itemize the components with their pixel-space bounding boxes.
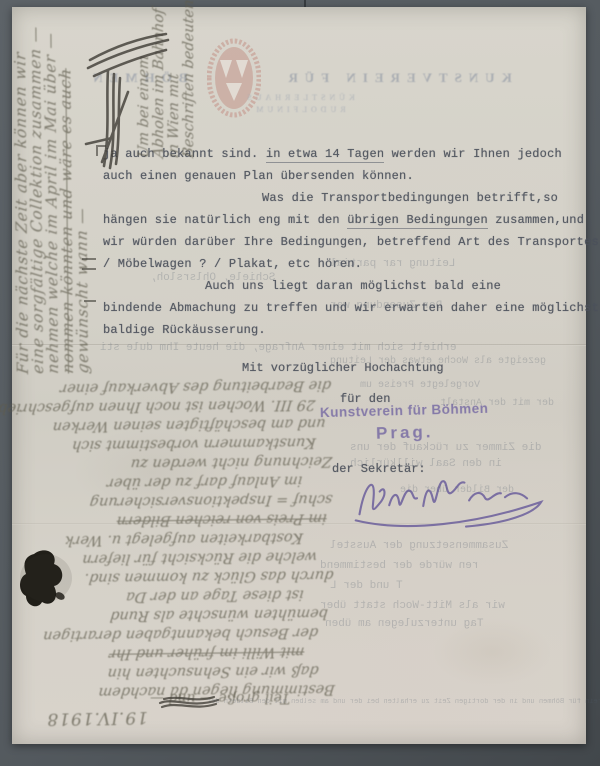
handwriting-line: im Preis von reichen Bildern xyxy=(27,508,328,531)
handwriting-line: mit Willi im früher und Ihr xyxy=(28,641,305,663)
ink-blot xyxy=(18,548,76,614)
pencil-scribble-icon xyxy=(78,26,173,176)
bleedthrough-line: Zusammensetzung der Ausstel xyxy=(330,540,508,552)
bleedthrough-line: ren würde der bestimmend xyxy=(320,560,478,572)
bleedthrough-line: Leitung rar partial xyxy=(330,258,455,270)
typed-body: ja auch bekannt sind. in etwa 14 Tagen w… xyxy=(103,147,573,345)
bleedthrough-line: erhielt sich mit einer Anfrage, die heut… xyxy=(100,342,456,354)
secretary-signature xyxy=(344,461,561,534)
handwriting-line: 29 III. Wochen ist noch Ihnen aufgeschri… xyxy=(25,394,316,417)
margin-mark xyxy=(82,268,96,270)
bleedthrough-line: Der Zusendung war xyxy=(330,300,442,312)
letter-paper: KUNSTVEREIN FÜR BÖHMEN KÜNSTLERHAUS RUDO… xyxy=(12,7,586,744)
handwriting-line: daß wir ein Sehnsuchten hin xyxy=(29,660,320,683)
bleedthrough-line: wir als Mitt-Woch statt über xyxy=(320,600,505,612)
handwriting-line: Zeichnung nicht werden zu xyxy=(26,451,333,474)
letterhead-org-left: KUNSTVEREIN FÜR xyxy=(281,70,511,86)
handwriting-line: Kunstkammern vorbestimmt sich xyxy=(26,432,317,455)
bleedthrough-line: Tag unterzulegen am üben xyxy=(325,618,483,630)
handwriting-line: und am beschäftigten seinen Werken xyxy=(26,413,327,436)
margin-bracket-mark xyxy=(96,145,106,156)
typed-line: Was die Transportbedingungen betrifft,so xyxy=(262,191,573,213)
margin-mark xyxy=(84,300,96,302)
bleedthrough-line: Kunstverein für Böhmen und in der dortig… xyxy=(207,698,600,706)
handwriting-line: Kostbarkeiten aufgelegt u. Werk xyxy=(27,527,304,549)
bleedthrough-line: Vorgelegte Preise um xyxy=(360,380,480,391)
bleedthrough-line: der mit der Anstalt xyxy=(440,398,554,409)
handwriting-line: die Bearbeitung des Abverkauf einer xyxy=(25,375,332,398)
handwriting-line: der Besuch bekanntgaben derartigen xyxy=(28,622,319,645)
typed-line: wir würden darüber Ihre Bedingungen, bet… xyxy=(103,235,573,257)
margin-mark xyxy=(82,258,96,260)
typed-line: hängen sie natürlich eng mit den übrigen… xyxy=(103,213,573,235)
typed-line: auch einen genauen Plan übersenden könne… xyxy=(103,169,573,191)
bleedthrough-line: Schiele, Ohlsrsloh, xyxy=(150,272,275,284)
handwriting-line: schuf = Inspektionsversicherung xyxy=(27,489,334,512)
scan-background: { "colors": { "scan_background": "#565c6… xyxy=(0,0,600,766)
bleedthrough-line: der Bilder über die xyxy=(400,485,514,496)
bleedthrough-line: T und der L xyxy=(330,580,403,592)
reply-draft-note: Bestimmung liegen da nachdemdaß wir ein … xyxy=(26,366,335,702)
bleedthrough-line: in den Saal willkürlich xyxy=(350,458,502,470)
handwriting-line: im Anlauf darf zu der über xyxy=(26,470,303,492)
date-note: 19.IV.1918 xyxy=(36,707,148,729)
bleedthrough-line: die Zimmer zu rückauf der uns xyxy=(350,442,541,454)
handwriting-line: Beschriften bedeuten. xyxy=(182,17,197,159)
bleedthrough-line: gezeigte als Woche etwas der Leitung xyxy=(330,356,546,367)
